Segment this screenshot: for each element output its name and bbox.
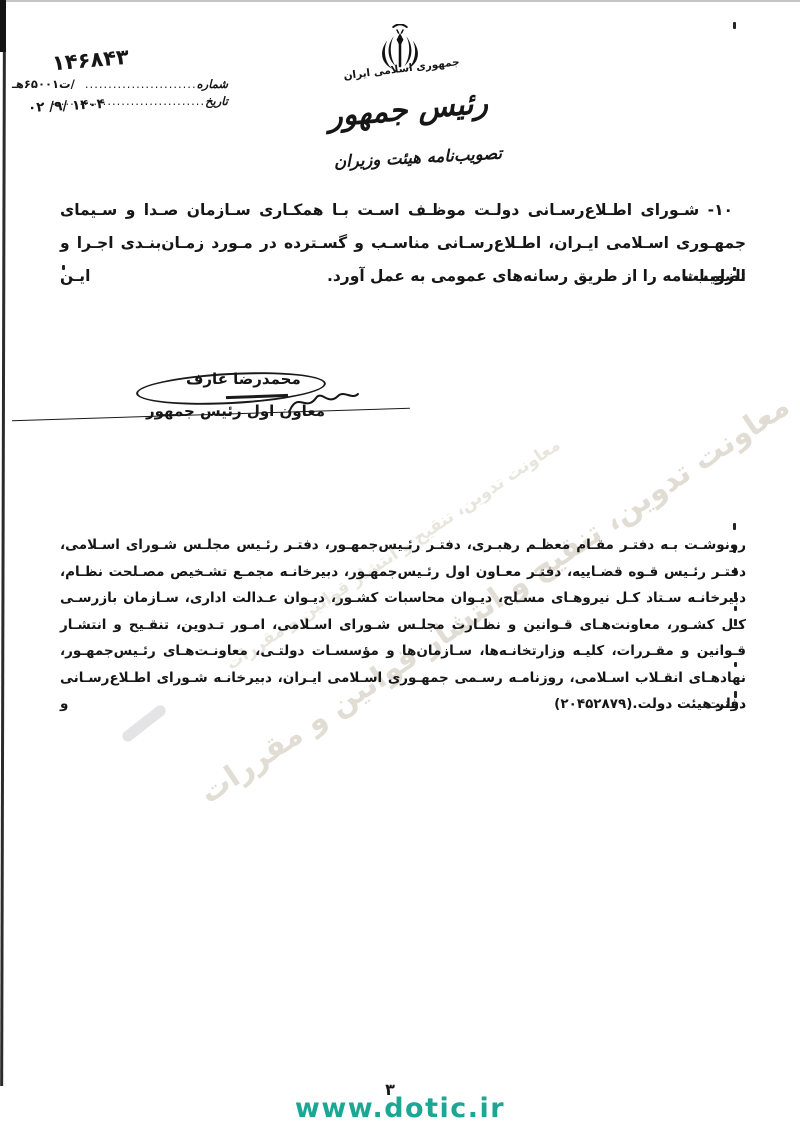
scanned-official-letter: معاونت تدوین، تنقیح و انتشار قوانین و مق… xyxy=(0,0,800,1131)
cc-line: دبیرخانـه سـتاد کـل نیروهـای مسـلح، دیـو… xyxy=(60,585,746,612)
reference-block: ۱۴۶۸۴۳ شماره ........................ /ت… xyxy=(12,74,228,108)
scan-corner-mark xyxy=(0,0,6,52)
signature-block: محمدرضا عارف معاون اول رئیس جمهور xyxy=(0,358,424,430)
cc-line: کـل کشـور، معاونت‌هـای قـوانین و نظـارت … xyxy=(60,612,746,639)
number-row: شماره ........................ /ت۶۵۰۰۱هـ xyxy=(12,74,228,91)
cc-lead-word: رونوشـت xyxy=(684,537,746,553)
cc-line: دفتـر رئـیس قـوه قضـاییه، دفتـر معـاون ا… xyxy=(60,559,746,586)
document-type-title: تصویب‌نامه هیئت وزیران xyxy=(318,143,519,172)
handwritten-date: ۱۴۰۴ /۹/ ۰۲ xyxy=(28,96,106,116)
clause-10-paragraph: ۱۰- شـورای اطـلاع‌رسـانی دولـت موظـف اسـ… xyxy=(60,194,746,293)
cc-line: قـوانین و مقـررات، کلیـه وزارتخانـه‌ها، … xyxy=(60,638,746,665)
date-label: تاریخ xyxy=(205,94,228,108)
cc-line-text: بـه دفتـر مقـام معظـم رهبـری، دفتـر رئـی… xyxy=(60,537,684,553)
number-label: شماره xyxy=(197,77,228,91)
body-line: جمهـوری اسـلامی ایـران، اطـلاع‌رسـانی من… xyxy=(60,227,746,260)
cc-paragraph: رونوشـت بـه دفتـر مقـام معظـم رهبـری، دف… xyxy=(60,532,746,718)
signer-name: محمدرضا عارف xyxy=(186,370,301,388)
scan-mark xyxy=(733,22,736,29)
body-line: ۱۰- شـورای اطـلاع‌رسـانی دولـت موظـف اسـ… xyxy=(60,194,746,227)
scan-top-edge xyxy=(0,0,800,2)
cc-line: رونوشـت بـه دفتـر مقـام معظـم رهبـری، دف… xyxy=(60,532,746,559)
office-calligraphy: رئیس جمهور xyxy=(337,86,489,134)
dotic-site-watermark: www.dotic.ir xyxy=(0,1093,800,1124)
signer-title: معاون اول رئیس جمهور xyxy=(146,402,325,420)
printed-number-suffix: /ت۶۵۰۰۱هـ xyxy=(12,77,75,91)
scan-mark xyxy=(733,523,736,530)
scan-left-edge xyxy=(0,0,6,1086)
handwritten-letter-number: ۱۴۶۸۴۳ xyxy=(51,45,130,76)
cc-line: نهادهـای انقـلاب اسـلامی، روزنامـه رسـمی… xyxy=(60,665,746,692)
number-dotted-line: ........................ xyxy=(75,77,197,91)
